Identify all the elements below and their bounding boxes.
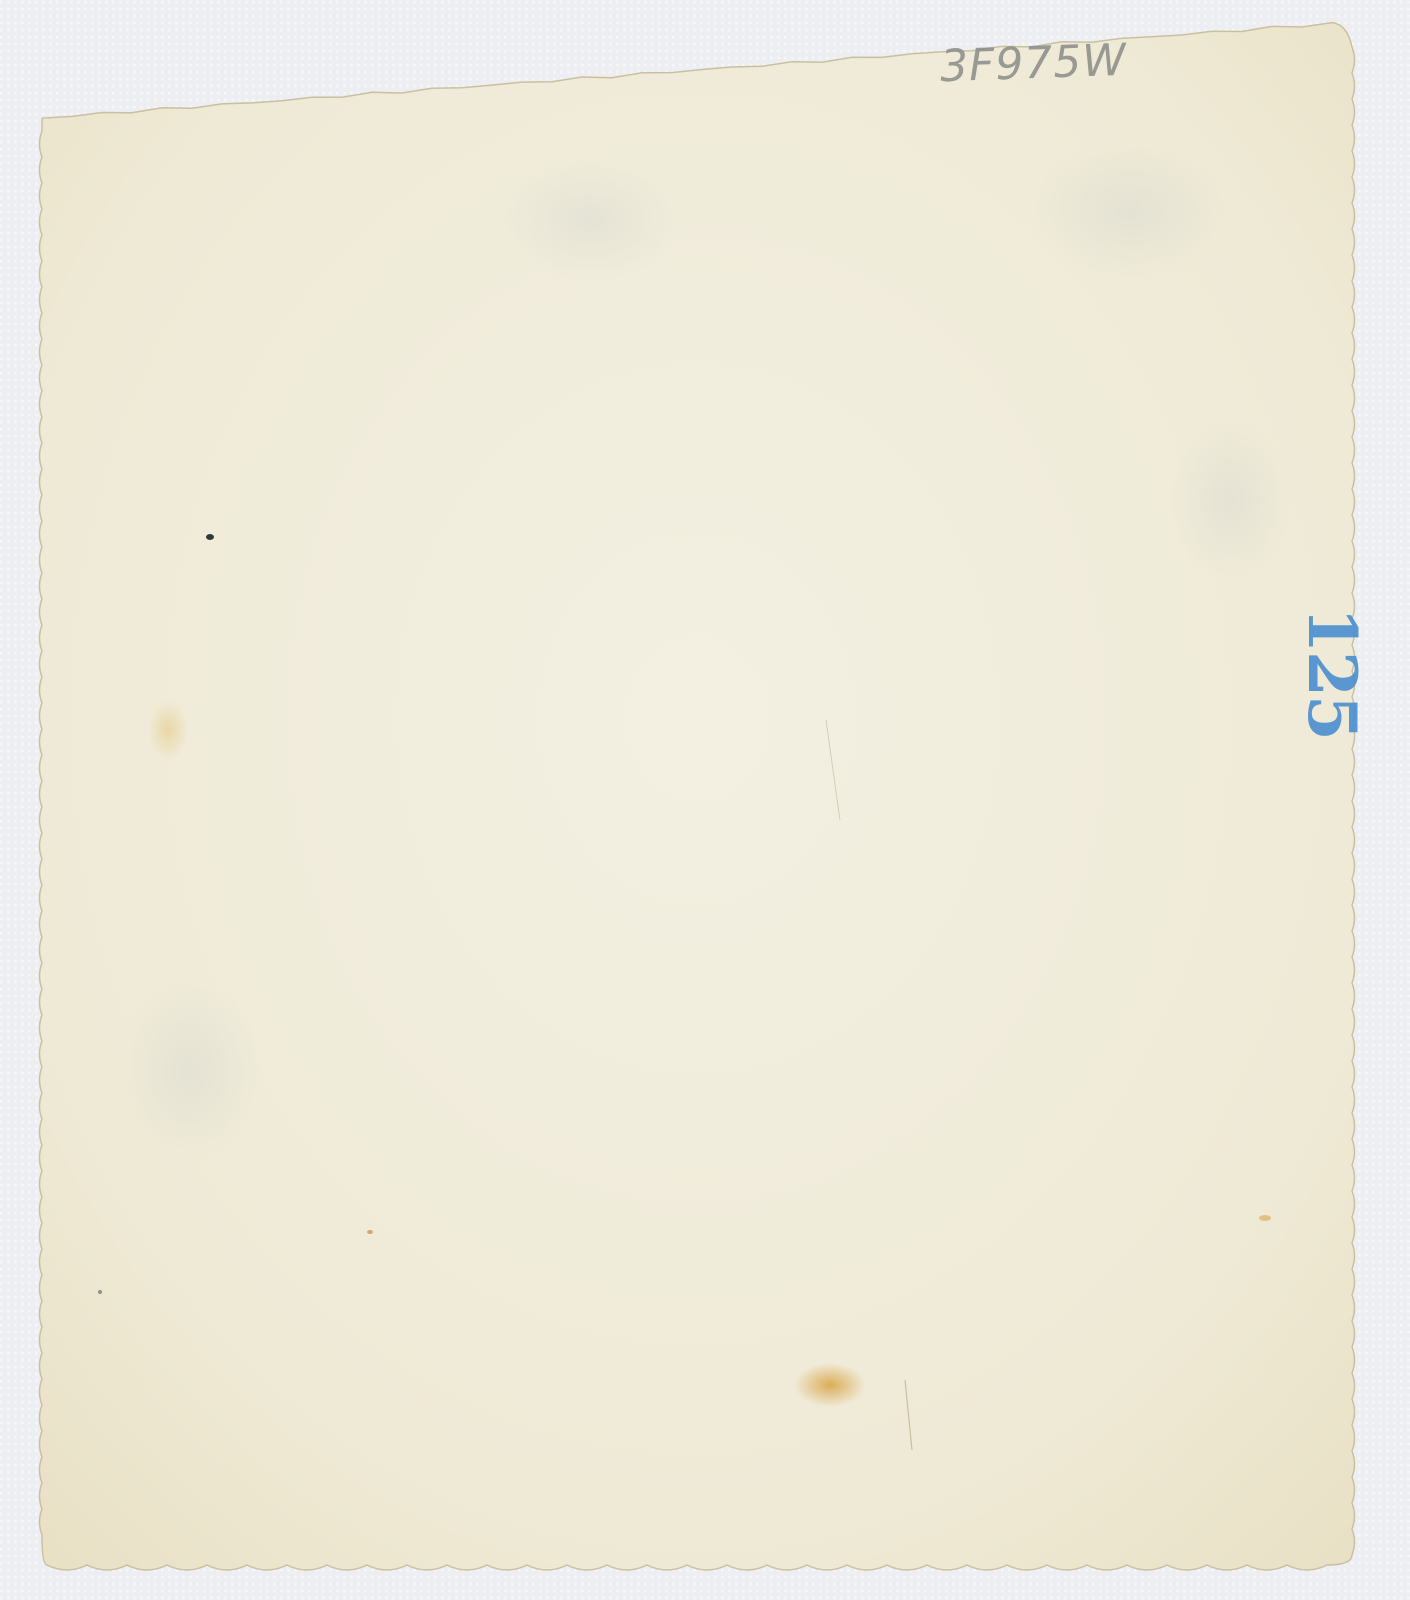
photo-back-card [0, 0, 1410, 1600]
pencil-inscription: 3F975W [939, 35, 1127, 92]
stamp-number: 125 [1293, 603, 1371, 743]
